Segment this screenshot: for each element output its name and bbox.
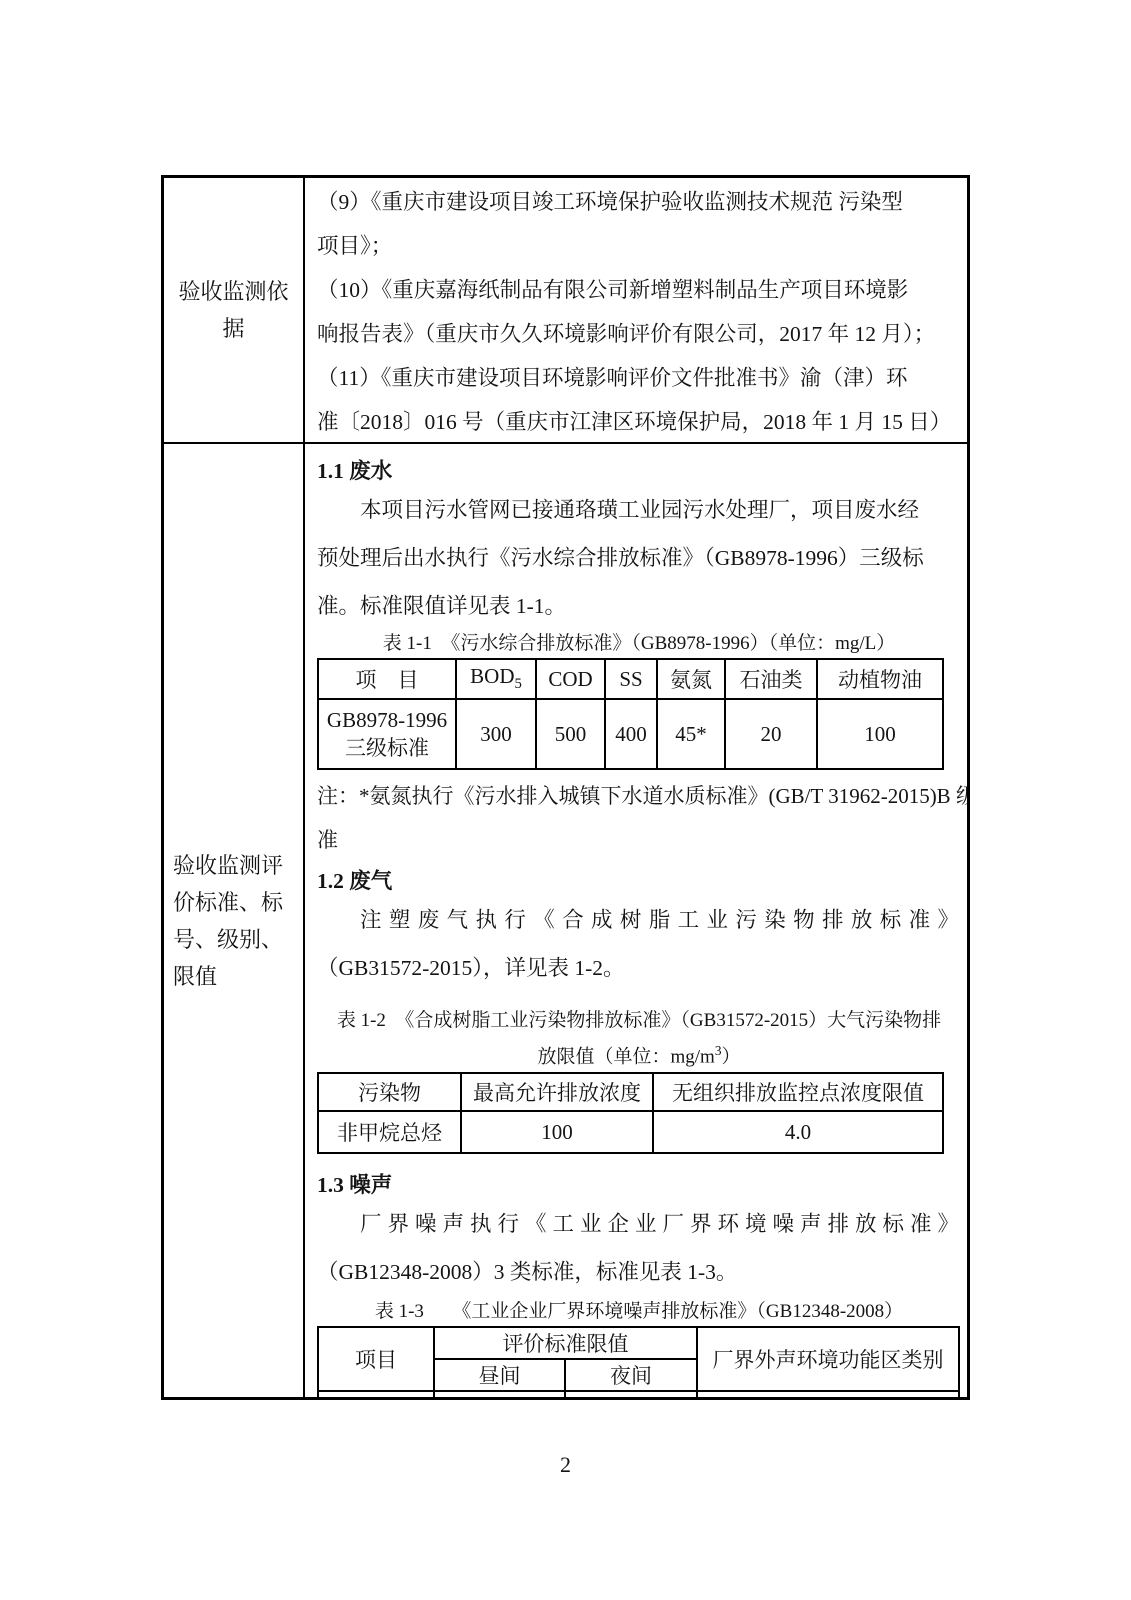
- basis-line: 项目》；: [317, 224, 963, 268]
- value-bod5: 300: [456, 699, 536, 769]
- column-header-daytime: 昼间: [434, 1359, 565, 1391]
- row-label-evaluation-standards: 验收监测评价标准、标号、级别、限值: [164, 444, 305, 1397]
- waste-gas-paragraph: 注塑废气执行《合成树脂工业污染物排放标准》 （GB31572-2015），详见表…: [317, 896, 961, 992]
- unit-text: 放限值（单位：mg/m: [537, 1046, 714, 1067]
- value-petroleum: 20: [725, 699, 817, 769]
- row-header-standard-grade: GB8978-1996 三级标准: [318, 699, 456, 769]
- table-1-1-note: 注：*氨氮执行《污水排入城镇下水道水质标准》(GB/T 31962-2015)B…: [317, 774, 961, 862]
- column-header-nighttime: 夜间: [565, 1359, 697, 1391]
- value-nighttime-limit: 55dB(A): [565, 1391, 697, 1397]
- table-row: 厂界噪声 65dB(A) 55dB(A) 3 类: [318, 1391, 959, 1397]
- table-row: GB8978-1996 三级标准 300 500 400 45* 20 100: [318, 699, 943, 769]
- value-ammonia: 45*: [657, 699, 725, 769]
- value-animal-oil: 100: [817, 699, 943, 769]
- value-pollutant-name: 非甲烷总烃: [318, 1111, 461, 1153]
- standard-grade: 三级标准: [319, 734, 455, 762]
- table-row: 非甲烷总烃 100 4.0: [318, 1111, 943, 1153]
- column-header-animal-oil: 动植物油: [817, 659, 943, 699]
- table-1-1-caption: 表 1-1 《污水综合排放标准》（GB8978-1996）（单位：mg/L）: [317, 630, 961, 658]
- basis-line: 准〔2018〕016 号（重庆市江津区环境保护局，2018 年 1 月 15 日…: [317, 400, 963, 444]
- note-line: 准: [317, 818, 961, 862]
- basis-line: （9）《重庆市建设项目竣工环境保护验收监测技术规范 污染型: [317, 180, 963, 224]
- evaluation-standards-content: 1.1 废水 本项目污水管网已接通珞璜工业园污水处理厂，项目废水经 预处理后出水…: [305, 444, 967, 1397]
- bod-text: BOD: [470, 664, 514, 688]
- wastewater-paragraph: 本项目污水管网已接通珞璜工业园污水处理厂，项目废水经 预处理后出水执行《污水综合…: [317, 486, 961, 630]
- column-header-zone-category: 厂界外声环境功能区类别: [697, 1327, 959, 1391]
- table-row: 项 目 BOD5 COD SS 氨氮 石油类 动植物油: [318, 659, 943, 699]
- column-header-item: 项 目: [318, 659, 456, 699]
- table-1-3-caption: 表 1-3 《工业企业厂界环境噪声排放标准》（GB12348-2008）: [317, 1298, 961, 1326]
- column-header-pollutant: 污染物: [318, 1073, 461, 1111]
- paragraph-line: 准。标准限值详见表 1-1。: [317, 582, 961, 630]
- value-daytime-limit: 65dB(A): [434, 1391, 565, 1397]
- section-heading-wastewater: 1.1 废水: [317, 456, 961, 486]
- table-1-2-waste-gas-standard: 污染物 最高允许排放浓度 无组织排放监控点浓度限值 非甲烷总烃 100 4.0: [317, 1072, 944, 1154]
- paragraph-line: 本项目污水管网已接通珞璜工业园污水处理厂，项目废水经: [317, 486, 961, 534]
- bod-subscript: 5: [515, 677, 522, 693]
- paragraph-line: 厂界噪声执行《工业企业厂界环境噪声排放标准》: [317, 1200, 961, 1248]
- main-document-table: 验收监测依据 （9）《重庆市建设项目竣工环境保护验收监测技术规范 污染型 项目》…: [161, 175, 970, 1400]
- column-header-fugitive-limit: 无组织排放监控点浓度限值: [653, 1073, 943, 1111]
- evaluation-standards-label: 验收监测评价标准、标号、级别、限值: [173, 847, 294, 995]
- table-1-3-noise-standard: 项目 评价标准限值 厂界外声环境功能区类别 昼间 夜间 厂界噪声 65dB(A)…: [317, 1326, 960, 1397]
- value-zone-category: 3 类: [697, 1391, 959, 1397]
- column-header-petroleum: 石油类: [725, 659, 817, 699]
- caption-line: 表 1-2 《合成树脂工业污染物排放标准》（GB31572-2015）大气污染物…: [317, 1006, 961, 1036]
- paragraph-line: 预处理后出水执行《污水综合排放标准》（GB8978-1996）三级标: [317, 534, 961, 582]
- column-header-limit: 评价标准限值: [434, 1327, 697, 1359]
- value-cod: 500: [536, 699, 605, 769]
- page-number: 2: [0, 1452, 1131, 1478]
- column-header-item: 项目: [318, 1327, 434, 1391]
- column-header-cod: COD: [536, 659, 605, 699]
- standard-code: GB8978-1996: [319, 706, 455, 734]
- paragraph-line: （GB12348-2008）3 类标准，标准见表 1-3。: [317, 1248, 961, 1296]
- value-max-concentration: 100: [461, 1111, 653, 1153]
- paragraph-line: 注塑废气执行《合成树脂工业污染物排放标准》: [317, 896, 961, 944]
- row-label-monitoring-basis: 验收监测依据: [164, 178, 305, 444]
- basis-line: （11）《重庆市建设项目环境影响评价文件批准书》渝（津）环: [317, 356, 963, 400]
- monitoring-basis-content: （9）《重庆市建设项目竣工环境保护验收监测技术规范 污染型 项目》； （10）《…: [305, 178, 967, 444]
- basis-line: （10）《重庆嘉海纸制品有限公司新增塑料制品生产项目环境影: [317, 268, 963, 312]
- section-heading-noise: 1.3 噪声: [317, 1170, 961, 1200]
- value-fugitive-limit: 4.0: [653, 1111, 943, 1153]
- column-header-ammonia: 氨氮: [657, 659, 725, 699]
- table-1-2-caption: 表 1-2 《合成树脂工业污染物排放标准》（GB31572-2015）大气污染物…: [317, 1006, 961, 1072]
- caption-line: 放限值（单位：mg/m3）: [317, 1036, 961, 1072]
- monitoring-basis-label: 验收监测依据: [173, 273, 294, 347]
- table-row: 项目 评价标准限值 厂界外声环境功能区类别: [318, 1327, 959, 1359]
- value-boundary-noise: 厂界噪声: [318, 1391, 434, 1397]
- section-heading-waste-gas: 1.2 废气: [317, 866, 961, 896]
- basis-line: 响报告表》（重庆市久久环境影响评价有限公司，2017 年 12 月）；: [317, 312, 963, 356]
- table-1-1-wastewater-standard: 项 目 BOD5 COD SS 氨氮 石油类 动植物油 GB8978-1996 …: [317, 658, 944, 770]
- value-ss: 400: [605, 699, 657, 769]
- column-header-max-concentration: 最高允许排放浓度: [461, 1073, 653, 1111]
- note-line: 注：*氨氮执行《污水排入城镇下水道水质标准》(GB/T 31962-2015)B…: [317, 774, 961, 818]
- noise-paragraph: 厂界噪声执行《工业企业厂界环境噪声排放标准》 （GB12348-2008）3 类…: [317, 1200, 961, 1296]
- paragraph-line: （GB31572-2015），详见表 1-2。: [317, 944, 961, 992]
- column-header-bod5: BOD5: [456, 659, 536, 699]
- column-header-ss: SS: [605, 659, 657, 699]
- unit-close: ）: [721, 1046, 740, 1067]
- table-row: 污染物 最高允许排放浓度 无组织排放监控点浓度限值: [318, 1073, 943, 1111]
